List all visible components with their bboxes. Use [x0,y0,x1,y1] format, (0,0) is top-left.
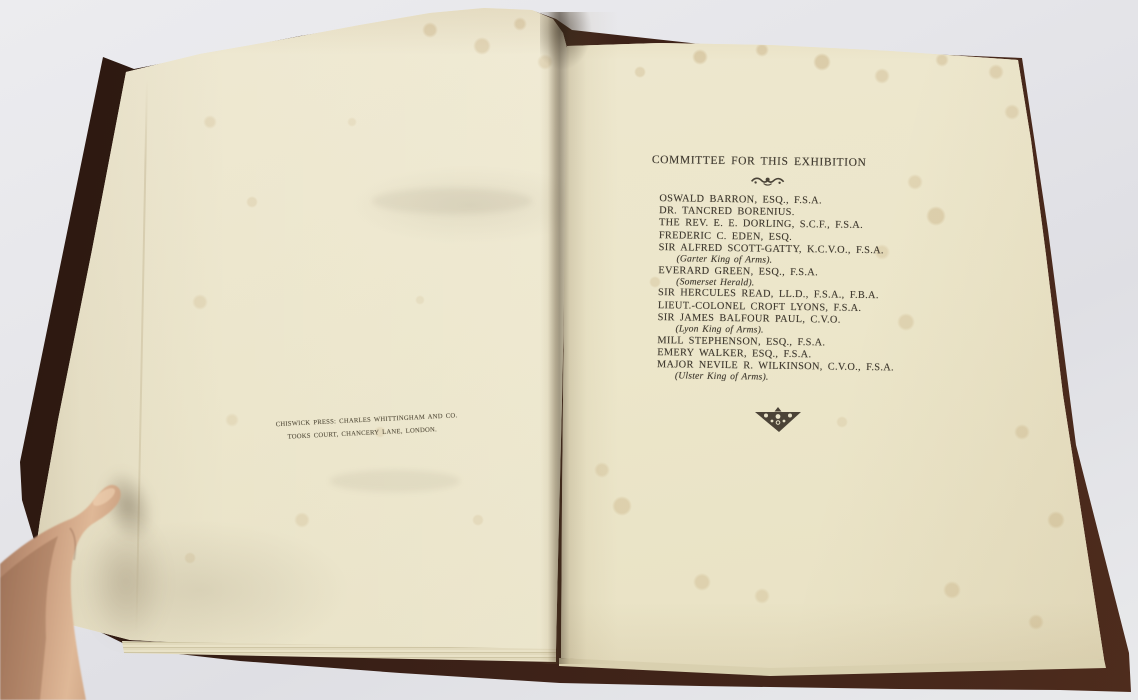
right-page-text: COMMITTEE FOR THIS EXHIBITION OSWALD BAR… [649,154,884,385]
committee-list: OSWALD BARRON, ESQ., F.S.A. DR. TANCRED … [649,193,884,385]
page-title: COMMITTEE FOR THIS EXHIBITION [652,154,884,169]
show-through-smudge [330,470,460,492]
photo-open-book: COMMITTEE FOR THIS EXHIBITION OSWALD BAR… [0,0,1138,700]
printers-device-ornament-icon [754,407,802,433]
fleuron-ornament-icon [750,174,786,187]
show-through-smudge [372,188,532,214]
hand-thumb [0,468,140,700]
